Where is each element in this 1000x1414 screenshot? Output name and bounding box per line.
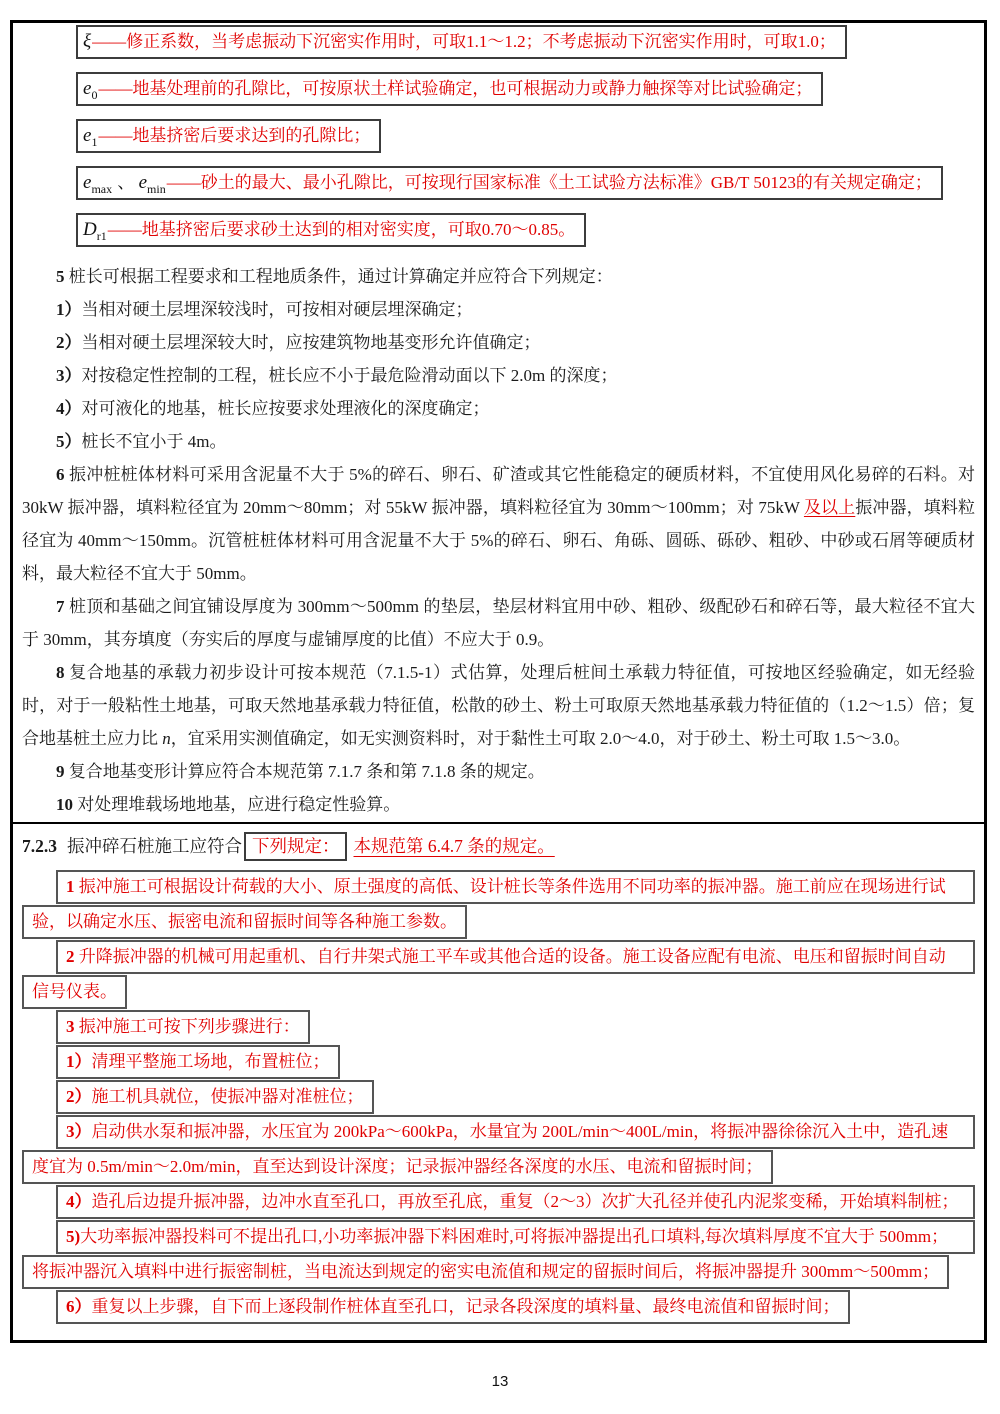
definition-text: ——修正系数，当考虑振动下沉密实作用时，可取1.1～1.2；不考虑振动下沉密实作… — [92, 32, 836, 51]
step-text: 将振冲器沉入填料中进行振密制桩，当电流达到规定的密实电流值和规定的留振时间后，将… — [32, 1262, 939, 1281]
body-paragraph: 5）桩长不宜小于 4m。 — [22, 425, 975, 458]
step-number: 2 — [66, 947, 75, 966]
paragraph-text: 复合地基变形计算应符合本规范第 7.1.7 条和第 7.1.8 条的规定。 — [65, 762, 545, 781]
paragraph-text: 桩顶和基础之间宜铺设厚度为 300mm～500mm 的垫层，垫层材料宜用中砂、粗… — [22, 597, 975, 649]
body-paragraph: 3）对按稳定性控制的工程，桩长应不小于最危险滑动面以下 2.0m 的深度； — [22, 359, 975, 392]
paragraph-text: 对处理堆载场地地基，应进行稳定性验算。 — [73, 795, 400, 814]
item-number: 8 — [56, 663, 65, 682]
body-paragraph: 4）对可液化的地基，桩长应按要求处理液化的深度确定； — [22, 392, 975, 425]
construction-step-line: 3）启动供水泵和振冲器，水压宜为 200kPa～600kPa，水量宜为 200L… — [56, 1115, 975, 1149]
item-number: 5） — [56, 432, 82, 451]
step-number: 1） — [66, 1052, 92, 1071]
construction-step-line: 3 振冲施工可按下列步骤进行： — [56, 1010, 310, 1044]
construction-step-line: 2）施工机具就位，使振冲器对准桩位； — [56, 1080, 374, 1114]
paragraph-text: 当相对硬土层埋深较大时，应按建筑物地基变形允许值确定； — [82, 333, 541, 352]
symbol-definition-row: e0——地基处理前的孔隙比，可按原状土样试验确定，也可根据动力或静力触探等对比试… — [76, 72, 823, 106]
math-symbol: ξ — [83, 31, 92, 52]
paragraph-text: 对可液化的地基，桩长应按要求处理液化的深度确定； — [82, 399, 490, 418]
construction-step-line: 1 振冲施工可根据设计荷载的大小、原土强度的高低、设计桩长等条件选用不同功率的振… — [56, 870, 975, 904]
body-paragraph: 9 复合地基变形计算应符合本规范第 7.1.7 条和第 7.1.8 条的规定。 — [22, 755, 975, 788]
body-paragraph: 10 对处理堆载场地地基，应进行稳定性验算。 — [22, 788, 975, 821]
clause-boxed-revision: 下列规定： — [244, 832, 347, 861]
definition-text: ——砂土的最大、最小孔隙比，可按现行国家标准《土工试验方法标准》GB/T 501… — [167, 173, 932, 192]
symbol-subscript: min — [147, 182, 166, 196]
symbol-subscript: max — [91, 182, 112, 196]
document-content-frame: ξ——修正系数，当考虑振动下沉密实作用时，可取1.1～1.2；不考虑振动下沉密实… — [10, 20, 987, 1343]
step-text: 施工机具就位，使振冲器对准桩位； — [92, 1087, 364, 1106]
step-number: 5) — [66, 1227, 80, 1246]
item-number: 2） — [56, 333, 82, 352]
construction-step-line: 4）造孔后边提升振冲器，边冲水直至孔口，再放至孔底，重复（2～3）次扩大孔径并使… — [56, 1185, 975, 1219]
item-number: 1） — [56, 300, 82, 319]
construction-step-blocks: 1 振冲施工可根据设计荷载的大小、原土强度的高低、设计桩长等条件选用不同功率的振… — [22, 870, 975, 1324]
body-paragraph: 1）当相对硬土层埋深较浅时，可按相对硬层埋深确定； — [22, 293, 975, 326]
italic-variable: n — [162, 729, 171, 748]
symbol-subscript: r1 — [97, 229, 107, 243]
construction-step-line: 5)大功率振冲器投料可不提出孔口,小功率振冲器下料困难时,可将振冲器提出孔口填料… — [56, 1220, 975, 1254]
step-number: 3） — [66, 1122, 92, 1141]
step-number: 1 — [66, 877, 75, 896]
symbol-definition-row: ξ——修正系数，当考虑振动下沉密实作用时，可取1.1～1.2；不考虑振动下沉密实… — [76, 25, 847, 59]
math-symbol: emax — [83, 172, 113, 193]
step-text: 清理平整施工场地，布置桩位； — [92, 1052, 330, 1071]
paragraph-text: 桩长可根据工程要求和工程地质条件，通过计算确定并应符合下列规定： — [65, 267, 613, 286]
definition-text: ——地基处理前的孔隙比，可按原状土样试验确定，也可根据动力或静力触探等对比试验确… — [98, 79, 812, 98]
paragraph-text: ，宜采用实测值确定，如无实测资料时，对于黏性土可取 2.0～4.0，对于砂土、粉… — [171, 729, 911, 748]
definition-text: ——地基挤密后要求砂土达到的相对密实度，可取0.70～0.85。 — [108, 220, 576, 239]
clause-prefix-text: 振冲碎石桩施工应符合 — [67, 836, 242, 856]
clause-heading: 7.2.3振冲碎石桩施工应符合下列规定：本规范第 6.4.7 条的规定。 — [22, 831, 975, 861]
body-paragraph: 6 振冲桩桩体材料可采用含泥量不大于 5%的碎石、卵石、矿渣或其它性能稳定的硬质… — [22, 458, 975, 590]
symbol-definition-row: Dr1——地基挤密后要求砂土达到的相对密实度，可取0.70～0.85。 — [76, 213, 586, 247]
step-number: 6） — [66, 1297, 92, 1316]
red-underline-revision: 及以上 — [804, 498, 855, 517]
step-text: 振冲施工可按下列步骤进行： — [75, 1017, 300, 1036]
clause-underlined-revision: 本规范第 6.4.7 条的规定。 — [354, 836, 555, 856]
symbol-subscript: 0 — [91, 88, 97, 102]
construction-step-line: 信号仪表。 — [22, 975, 127, 1009]
item-number: 6 — [56, 465, 65, 484]
clause-number: 7.2.3 — [22, 836, 57, 856]
symbols-and-design-rules-section: ξ——修正系数，当考虑振动下沉密实作用时，可取1.1～1.2；不考虑振动下沉密实… — [13, 23, 984, 824]
page-number: 13 — [0, 1373, 1000, 1390]
math-symbol: Dr1 — [83, 219, 108, 240]
paragraph-text: 当相对硬土层埋深较浅时，可按相对硬层埋深确定； — [82, 300, 473, 319]
item-number: 3） — [56, 366, 82, 385]
step-text: 度宜为 0.5m/min～2.0m/min，直至达到设计深度；记录振冲器经各深度… — [32, 1157, 763, 1176]
step-number: 2） — [66, 1087, 92, 1106]
math-symbol: e0 — [83, 78, 98, 99]
step-text: 振冲施工可根据设计荷载的大小、原土强度的高低、设计桩长等条件选用不同功率的振冲器… — [75, 877, 946, 896]
design-rule-paragraphs: 5 桩长可根据工程要求和工程地质条件，通过计算确定并应符合下列规定：1）当相对硬… — [22, 260, 975, 821]
item-number: 4） — [56, 399, 82, 418]
math-symbol: emin — [139, 172, 167, 193]
construction-step-line: 度宜为 0.5m/min～2.0m/min，直至达到设计深度；记录振冲器经各深度… — [22, 1150, 773, 1184]
body-paragraph: 2）当相对硬土层埋深较大时，应按建筑物地基变形允许值确定； — [22, 326, 975, 359]
math-symbol: e1 — [83, 125, 98, 146]
construction-step-line: 6）重复以上步骤，自下而上逐段制作桩体直至孔口，记录各段深度的填料量、最终电流值… — [56, 1290, 850, 1324]
item-number: 9 — [56, 762, 65, 781]
paragraph-text: 桩长不宜小于 4m。 — [82, 432, 227, 451]
item-number: 7 — [56, 597, 65, 616]
step-text: 重复以上步骤，自下而上逐段制作桩体直至孔口，记录各段深度的填料量、最终电流值和留… — [92, 1297, 840, 1316]
paragraph-text: 对按稳定性控制的工程，桩长应不小于最危险滑动面以下 2.0m 的深度； — [82, 366, 618, 385]
item-number: 10 — [56, 795, 73, 814]
symbol-definitions-list: ξ——修正系数，当考虑振动下沉密实作用时，可取1.1～1.2；不考虑振动下沉密实… — [22, 25, 975, 247]
construction-step-line: 验，以确定水压、振密电流和留振时间等各种施工参数。 — [22, 905, 467, 939]
body-paragraph: 7 桩顶和基础之间宜铺设厚度为 300mm～500mm 的垫层，垫层材料宜用中砂… — [22, 590, 975, 656]
construction-step-line: 2 升降振冲器的机械可用起重机、自行井架式施工平车或其他合适的设备。施工设备应配… — [56, 940, 975, 974]
symbol-separator: 、 — [113, 173, 139, 192]
step-text: 升降振冲器的机械可用起重机、自行井架式施工平车或其他合适的设备。施工设备应配有电… — [75, 947, 946, 966]
step-number: 3 — [66, 1017, 75, 1036]
step-number: 4） — [66, 1192, 92, 1211]
construction-step-line: 1）清理平整施工场地，布置桩位； — [56, 1045, 340, 1079]
step-text: 造孔后边提升振冲器，边冲水直至孔口，再放至孔底，重复（2～3）次扩大孔径并使孔内… — [92, 1192, 959, 1211]
body-paragraph: 5 桩长可根据工程要求和工程地质条件，通过计算确定并应符合下列规定： — [22, 260, 975, 293]
step-text: 验，以确定水压、振密电流和留振时间等各种施工参数。 — [32, 912, 457, 931]
symbol-definition-row: emax 、 emin——砂土的最大、最小孔隙比，可按现行国家标准《土工试验方法… — [76, 166, 943, 200]
step-text: 大功率振冲器投料可不提出孔口,小功率振冲器下料困难时,可将振冲器提出孔口填料,每… — [80, 1227, 948, 1246]
symbol-definition-row: e1——地基挤密后要求达到的孔隙比； — [76, 119, 381, 153]
step-text: 信号仪表。 — [32, 982, 117, 1001]
body-paragraph: 8 复合地基的承载力初步设计可按本规范（7.1.5-1）式估算，处理后桩间土承载… — [22, 656, 975, 755]
construction-step-line: 将振冲器沉入填料中进行振密制桩，当电流达到规定的密实电流值和规定的留振时间后，将… — [22, 1255, 949, 1289]
step-text: 启动供水泵和振冲器，水压宜为 200kPa～600kPa，水量宜为 200L/m… — [92, 1122, 949, 1141]
symbol-subscript: 1 — [91, 135, 97, 149]
clause-7-2-3-section: 7.2.3振冲碎石桩施工应符合下列规定：本规范第 6.4.7 条的规定。 1 振… — [13, 824, 984, 1338]
item-number: 5 — [56, 267, 65, 286]
definition-text: ——地基挤密后要求达到的孔隙比； — [98, 126, 370, 145]
